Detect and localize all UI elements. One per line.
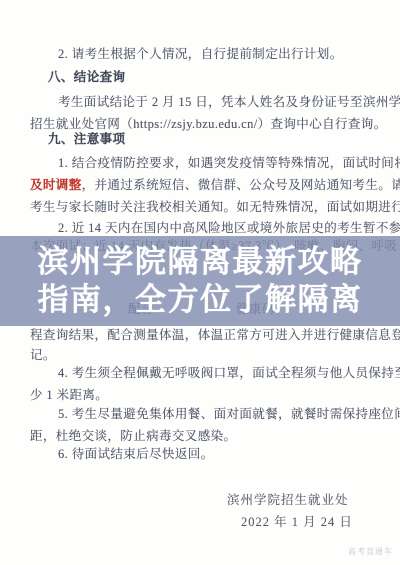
doc-line: 2. 近 14 天内在国内中高风险地区或境外旅居史的考生暂不参与: [58, 222, 400, 235]
doc-line: 1. 结合疫情防控要求，如遇突发疫情等特殊情况，面试时间将: [58, 157, 400, 170]
section-heading-notes: 九、注意事项: [48, 133, 125, 146]
doc-line: 记。: [30, 349, 56, 362]
section-heading-conclusion-query: 八、结论查询: [48, 71, 125, 84]
signature-org: 滨州学院招生就业处: [227, 490, 349, 508]
red-line-rest-text: ，并通过系统短信、微信群、公众号及网站通知考生。请: [82, 178, 400, 192]
doc-line-red-highlight: 及时调整，并通过系统短信、微信群、公众号及网站通知考生。请: [30, 179, 400, 192]
doc-line: 4. 考生须全程佩戴无呼吸阀口罩，面试全程须与他人员保持至: [58, 367, 400, 380]
doc-line: 少 1 米距离。: [30, 389, 108, 402]
doc-line: 程查询结果，配合测量体温，体温正常方可进入并进行健康信息登: [30, 329, 400, 342]
red-highlight-text: 及时调整: [30, 178, 82, 192]
doc-line: 2. 请考生根据个人情况，自行提前制定出行计划。: [58, 48, 343, 61]
overlay-banner: 本次面试；近 14 天内有发热（体温≥37.3℃），咳嗽、胸闷、呼吸 配合 健康…: [0, 236, 400, 326]
doc-line: 考生与家长随时关注我校相关通知。如无特殊情况，面试如期进行。: [30, 201, 400, 214]
doc-line: 6. 待面试结束后尽快返回。: [58, 448, 214, 461]
watermark-text: 高考直通车: [348, 546, 393, 557]
doc-line-official-site-url: 招生就业处官网（https://zsjy.bzu.edu.cn/）查询中心自行查…: [30, 118, 387, 131]
doc-line: 考生面试结论于 2 月 15 日，凭本人姓名及身份证号至滨州学院: [58, 96, 400, 109]
doc-line: 距，杜绝交谈，防止病毒交叉感染。: [30, 430, 236, 443]
document-photo: 2. 请考生根据个人情况，自行提前制定出行计划。 八、结论查询 考生面试结论于 …: [0, 0, 400, 565]
signature-date: 2022 年 1 月 24 日: [241, 512, 353, 530]
banner-title-line1: 滨州学院隔离最新攻略: [0, 246, 400, 277]
doc-line: 5. 考生尽量避免集体用餐、面对面就餐，就餐时需保持座位间: [58, 408, 400, 421]
banner-title-line2: 指南，全方位了解隔离: [0, 284, 400, 315]
